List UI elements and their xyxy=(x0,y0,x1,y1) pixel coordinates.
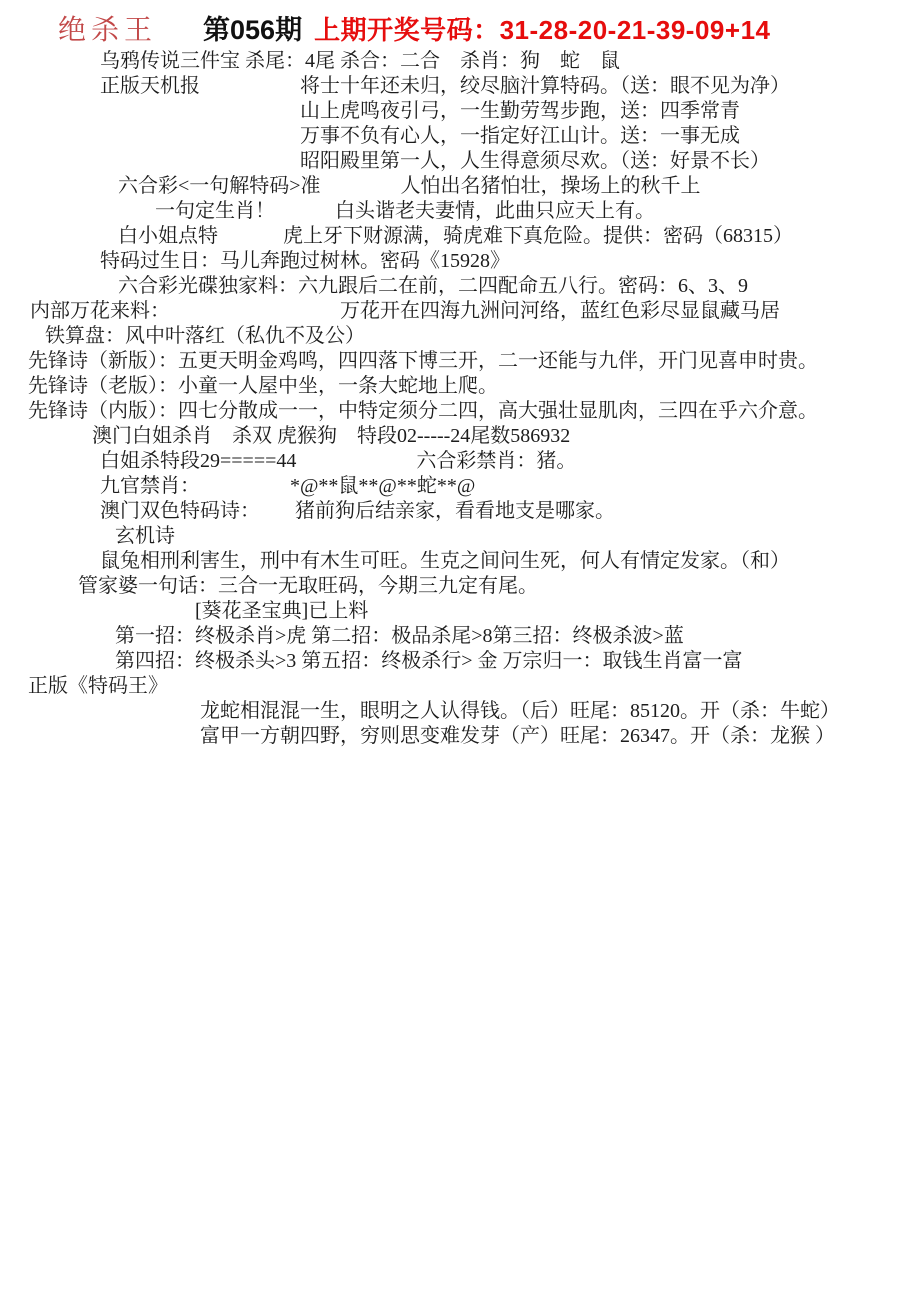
sheet-header: 绝杀王 第056期 上期开奖号码：31-28-20-21-39-09+14 xyxy=(0,0,900,44)
line-pioneer-poem-new: 先锋诗（新版）：五更天明金鸡鸣，四四落下博三开，二一还能与九伴，开门见喜申时贵。 xyxy=(28,349,900,374)
line-zodiac-sentence: 一句定生肖！ 白头谐老夫妻情，此曲只应天上有。 xyxy=(155,199,900,224)
line-crow-legend: 乌鸦传说三件宝 杀尾：4尾 杀合：二合 杀肖：狗 蛇 鼠 xyxy=(100,49,900,74)
brand-title: 绝杀王 xyxy=(58,8,157,48)
line-tianji-report: 正版天机报 将士十年还未归，绞尽脑汁算特码。（送：眼不见为净） xyxy=(100,74,900,99)
line-iron-abacus: 铁算盘：风中叶落红（私仇不及公） xyxy=(45,324,900,349)
line-kill-segment: 白姐杀特段29=====44 六合彩禁肖：猪。 xyxy=(100,449,900,474)
line-macau-kill-zodiac: 澳门白姐杀肖 杀双 虎猴狗 特段02-----24尾数586932 xyxy=(92,424,900,449)
last-draw-numbers: 上期开奖号码：31-28-20-21-39-09+14 xyxy=(314,10,770,47)
line-code-king-poem-1: 龙蛇相混混一生，眼明之人认得钱。（后）旺尾：85120。开（杀：牛蛇） xyxy=(200,699,900,724)
line-code-king-title: 正版《特码王》 xyxy=(28,674,900,699)
line-one-sentence-code: 六合彩<一句解特码>准 人怕出名猪怕壮，操场上的秋千上 xyxy=(118,174,900,199)
line-internal-material: 内部万花来料： 万花开在四海九洲问河络，蓝红色彩尽显鼠藏马居 xyxy=(30,299,900,324)
line-moves-4-5: 第四招：终极杀头>3 第五招：终极杀行> 金 万宗归一：取钱生肖富一富 xyxy=(115,649,900,674)
line-poem-2: 万事不负有心人，一指定好江山计。送：一事无成 xyxy=(300,124,900,149)
line-pioneer-poem-inner: 先锋诗（内版）：四七分散成一一，中特定须分二四，高大强壮显肌肉，三四在乎六介意。 xyxy=(28,399,900,424)
line-cd-exclusive: 六合彩光碟独家料：六九跟后二在前，二四配命五八行。密码：6、3、9 xyxy=(118,274,900,299)
line-two-color-poem: 澳门双色特码诗： 猪前狗后结亲家，看看地支是哪家。 xyxy=(100,499,900,524)
line-code-birthday: 特码过生日：马儿奔跑过树林。密码《15928》 xyxy=(100,249,900,274)
line-mystery-poem: 鼠兔相刑利害生，刑中有木生可旺。生克之间问生死，何人有情定发家。（和） xyxy=(100,549,900,574)
line-code-king-poem-2: 富甲一方朝四野，穷则思变难发芽（产）旺尾：26347。开（杀：龙猴 ） xyxy=(200,724,900,749)
issue-number: 第056期 xyxy=(203,8,302,47)
sheet-body: 乌鸦传说三件宝 杀尾：4尾 杀合：二合 杀肖：狗 蛇 鼠 正版天机报 将士十年还… xyxy=(0,49,900,749)
line-poem-1: 山上虎鸣夜引弓，一生勤劳驾步跑，送：四季常青 xyxy=(300,99,900,124)
line-pioneer-poem-old: 先锋诗（老版）：小童一人屋中坐，一条大蛇地上爬。 xyxy=(28,374,900,399)
line-nine-palace-ban: 九官禁肖： *@**鼠**@**蛇**@ xyxy=(100,474,900,499)
line-miss-bai-tip: 白小姐点特 虎上牙下财源满，骑虎难下真危险。提供：密码（68315） xyxy=(118,224,900,249)
lottery-tip-sheet: 绝杀王 第056期 上期开奖号码：31-28-20-21-39-09+14 乌鸦… xyxy=(0,0,900,1292)
line-poem-3: 昭阳殿里第一人，人生得意须尽欢。（送：好景不长） xyxy=(300,149,900,174)
line-housekeeper-word: 管家婆一句话：三合一无取旺码，今期三九定有尾。 xyxy=(78,574,900,599)
line-moves-1-3: 第一招：终极杀肖>虎 第二招：极品杀尾>8第三招：终极杀波>蓝 xyxy=(115,624,900,649)
line-sunflower-book: [葵花圣宝典]已上料 xyxy=(195,599,900,624)
line-mystery-poem-title: 玄机诗 xyxy=(115,524,900,549)
